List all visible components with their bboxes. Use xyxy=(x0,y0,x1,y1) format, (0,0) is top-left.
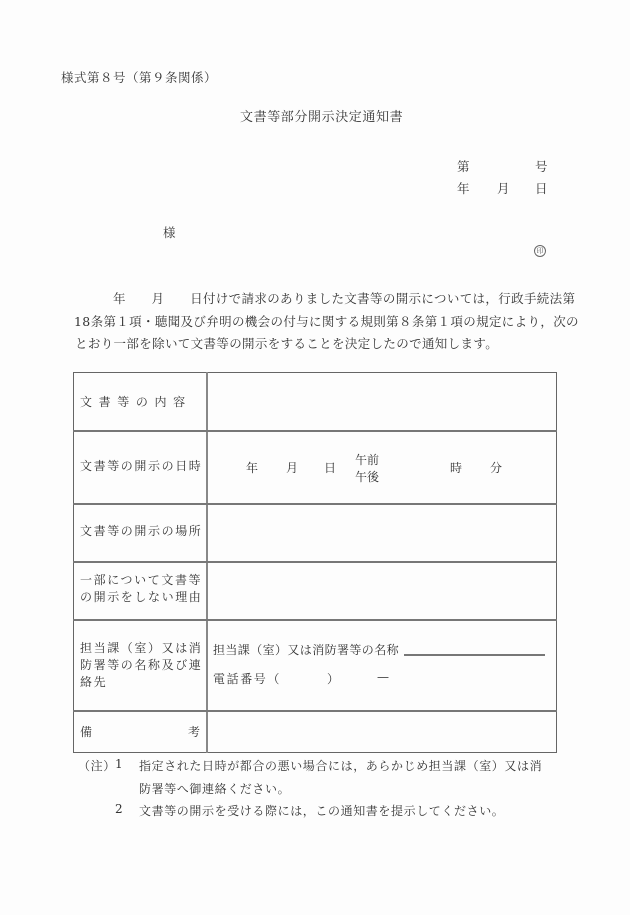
issue-number-suffix: 号 xyxy=(535,157,548,175)
datetime-am: 午前 xyxy=(355,451,379,468)
body-line-3: とおり一部を除いて文書等の開示をすることを決定したので通知します。 xyxy=(75,333,585,356)
row-label-disclosure-place: 文書等の開示の場所 xyxy=(80,524,202,539)
issue-date-year: 年 xyxy=(457,179,470,197)
issue-date-day: 日 xyxy=(535,179,548,197)
row-label-reason-line-1: 一部について文書等 xyxy=(80,573,202,588)
body-line-2: 18条第１項・聴聞及び弁明の機会の付与に関する規則第８条第１項の規定により，次の xyxy=(74,311,585,334)
phone-dash: — xyxy=(377,670,389,684)
row-label-reason-line-2: の開示をしない理由 xyxy=(80,590,202,605)
row-label-contact-line-2: 防署等の名称及び連 xyxy=(80,658,202,673)
row-label-remarks-right: 考 xyxy=(188,725,202,740)
datetime-year: 年 xyxy=(246,459,258,476)
note-2-number: 2 xyxy=(115,802,123,816)
disclosure-place-field[interactable] xyxy=(209,505,555,560)
table-row-divider xyxy=(73,619,557,621)
seal-icon: 印 xyxy=(534,245,546,257)
department-name-label: 担当課（室）又は消防署等の名称 xyxy=(213,641,399,658)
row-label-disclosure-datetime: 文書等の開示の日時 xyxy=(80,459,202,474)
table-row-divider xyxy=(73,430,557,432)
form-number: 様式第８号（第９条関係） xyxy=(61,68,217,86)
phone-label: 電話番号（ xyxy=(213,670,281,687)
row-label-contact-line-3: 絡先 xyxy=(80,675,107,690)
row-label-document-contents: 文 書 等 の 内 容 xyxy=(80,395,186,410)
row-label-contact-line-1: 担当課（室）又は消 xyxy=(80,641,202,656)
issue-number-prefix: 第 xyxy=(457,157,470,175)
datetime-day: 日 xyxy=(324,459,336,476)
datetime-pm: 午後 xyxy=(355,468,379,485)
issue-date-month: 月 xyxy=(497,179,510,197)
datetime-hour: 時 xyxy=(450,459,462,476)
row-label-remarks-left: 備 xyxy=(80,725,94,740)
phone-paren-close: ） xyxy=(327,670,339,687)
body-paragraph: 年 月 日付けで請求のありました文書等の開示については，行政手続法第 18条第１… xyxy=(75,288,585,356)
document-contents-field[interactable] xyxy=(209,373,555,429)
datetime-month: 月 xyxy=(286,459,298,476)
addressee-honorific: 様 xyxy=(163,223,176,241)
note-1-number: 1 xyxy=(115,757,123,771)
body-line-1: 年 月 日付けで請求のありました文書等の開示については，行政手続法第 xyxy=(75,288,585,311)
notes-prefix: （注） xyxy=(78,757,116,774)
non-disclosure-reason-field[interactable] xyxy=(209,563,555,618)
note-1-line-2: 防署等へ御連絡ください。 xyxy=(139,780,290,797)
datetime-minute: 分 xyxy=(490,459,502,476)
note-1-line-1: 指定された日時が都合の悪い場合には，あらかじめ担当課（室）又は消 xyxy=(139,757,542,774)
document-title: 文書等部分開示決定通知書 xyxy=(240,106,403,125)
department-name-field[interactable] xyxy=(404,654,545,656)
note-2-line-1: 文書等の開示を受ける際には，この通知書を提示してください。 xyxy=(139,802,504,819)
remarks-field[interactable] xyxy=(209,712,555,752)
